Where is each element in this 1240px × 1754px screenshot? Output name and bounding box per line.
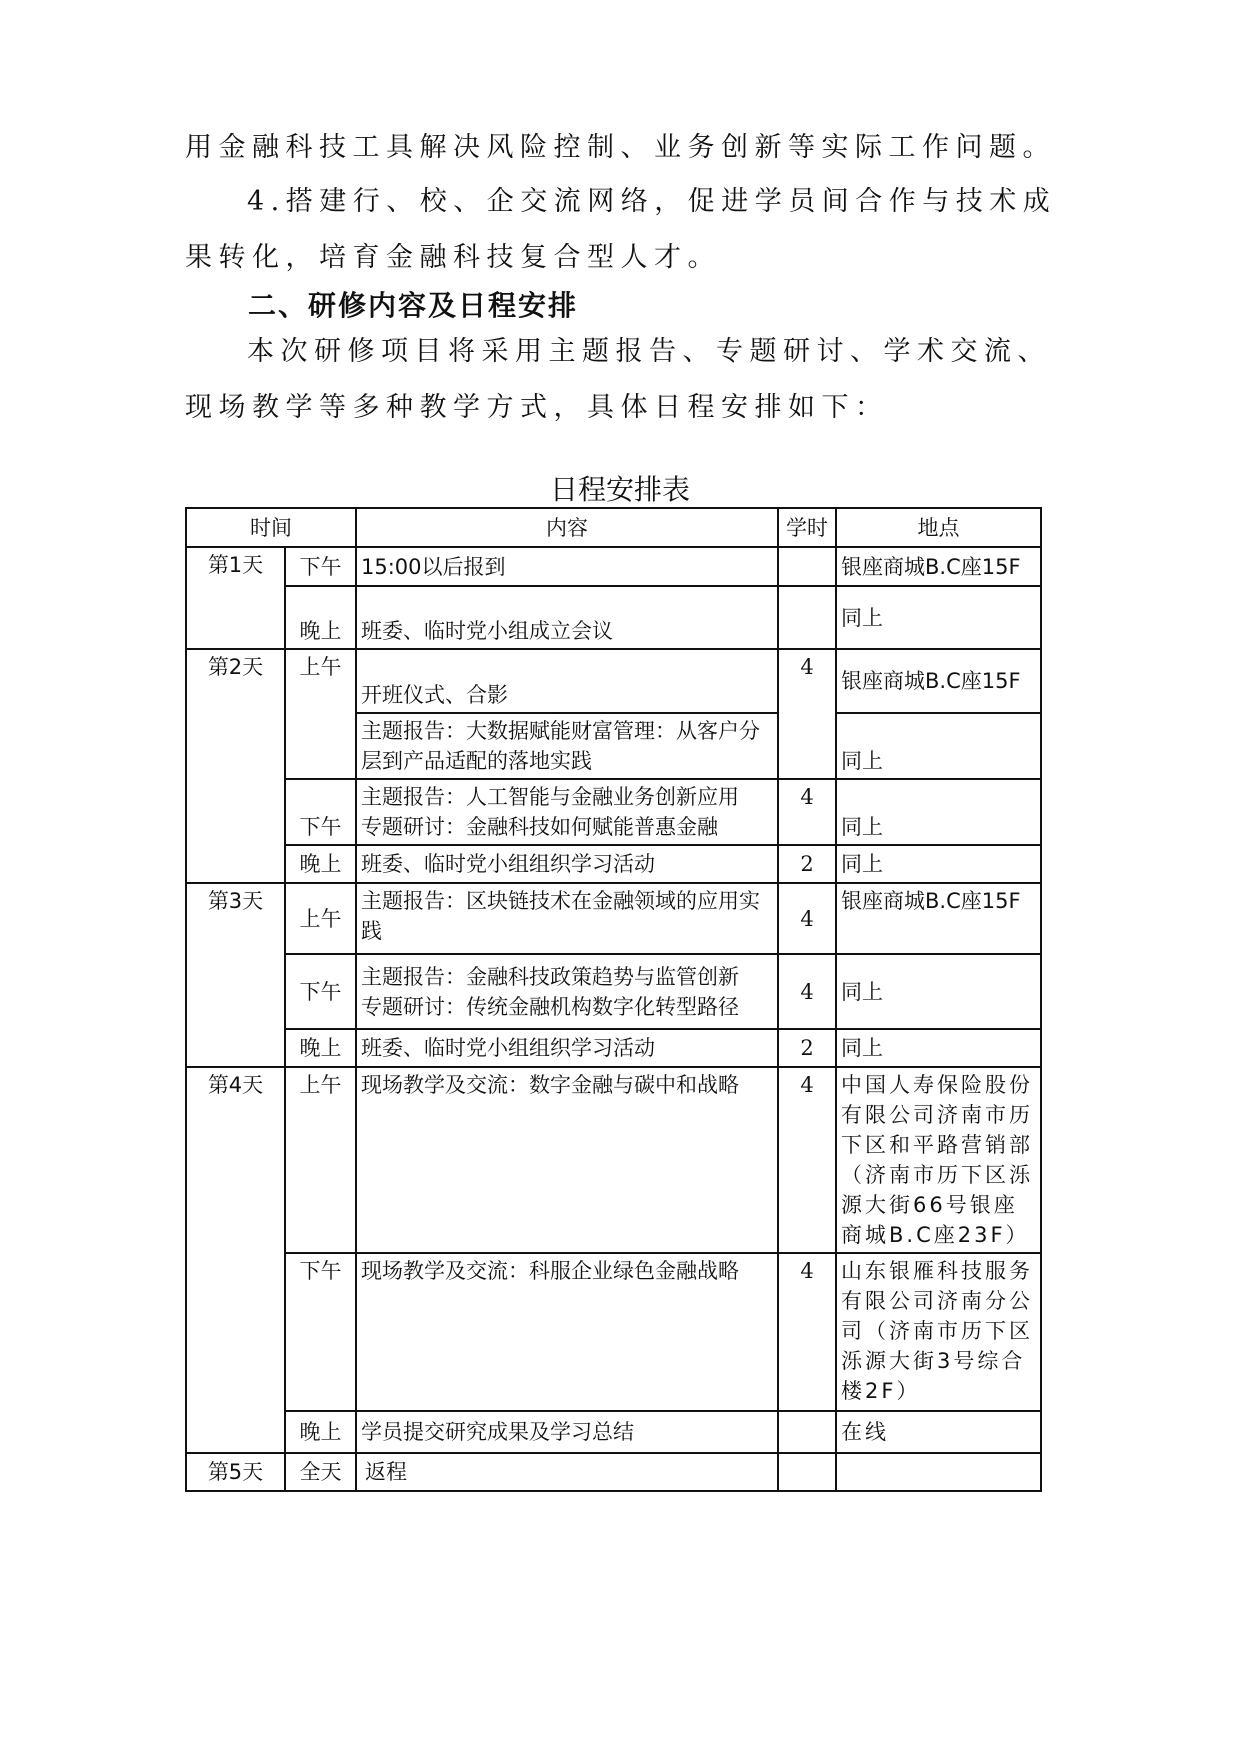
- time-slot: 下午: [285, 954, 356, 1029]
- location-cell: 银座商城B.C座15F: [836, 883, 1041, 954]
- location-cell: 同上: [836, 779, 1041, 845]
- table-row: 晚上 班委、临时党小组组织学习活动 2 同上: [186, 1029, 1041, 1067]
- header-location: 地点: [836, 508, 1041, 547]
- content-line-1: 主题报告：金融科技政策趋势与监管创新: [361, 962, 773, 992]
- location-cell: 同上: [836, 845, 1041, 883]
- time-slot: 晚上: [285, 1029, 356, 1067]
- paragraph-objective-3-tail: 用金融科技工具解决风险控制、业务创新等实际工作问题。: [185, 120, 1065, 176]
- content-line-2: 专题研讨：传统金融机构数字化转型路径: [361, 992, 773, 1022]
- hours-cell: [778, 547, 836, 586]
- content-cell: 开班仪式、合影: [356, 649, 778, 713]
- hours-cell: 4: [778, 1067, 836, 1253]
- table-header-row: 时间 内容 学时 地点: [186, 508, 1041, 547]
- table-row: 第1天 下午 15:00以后报到 银座商城B.C座15F: [186, 547, 1041, 586]
- content-cell: 返程: [356, 1453, 778, 1491]
- header-time: 时间: [186, 508, 356, 547]
- location-cell: [836, 1453, 1041, 1491]
- day-label: 第1天: [186, 547, 285, 649]
- time-slot: 晚上: [285, 586, 356, 649]
- hours-cell: [778, 586, 836, 649]
- time-slot: 下午: [285, 547, 356, 586]
- header-content: 内容: [356, 508, 778, 547]
- content-cell: 学员提交研究成果及学习总结: [356, 1411, 778, 1453]
- location-cell: 同上: [836, 954, 1041, 1029]
- table-row: 第2天 上午 开班仪式、合影 4 银座商城B.C座15F: [186, 649, 1041, 713]
- hours-cell: 4: [778, 1253, 836, 1411]
- location-cell: 银座商城B.C座15F: [836, 547, 1041, 586]
- hours-cell: 4: [778, 954, 836, 1029]
- schedule-table: 时间 内容 学时 地点 第1天 下午 15:00以后报到 银座商城B.C座15F…: [185, 507, 1042, 1492]
- table-row: 第3天 上午 主题报告：区块链技术在金融领域的应用实践 4 银座商城B.C座15…: [186, 883, 1041, 954]
- location-cell: 同上: [836, 713, 1041, 779]
- section-heading: 二、研修内容及日程安排: [248, 284, 578, 324]
- table-row: 晚上 学员提交研究成果及学习总结 在线: [186, 1411, 1041, 1453]
- hours-cell: 2: [778, 845, 836, 883]
- time-slot: 上午: [285, 649, 356, 779]
- table-row: 下午 现场教学及交流：科服企业绿色金融战略 4 山东银雁科技服务有限公司济南分公…: [186, 1253, 1041, 1411]
- table-row: 晚上 班委、临时党小组成立会议 同上: [186, 586, 1041, 649]
- day-label: 第5天: [186, 1453, 285, 1491]
- table-row: 晚上 班委、临时党小组组织学习活动 2 同上: [186, 845, 1041, 883]
- header-hours: 学时: [778, 508, 836, 547]
- hours-cell: 4: [778, 779, 836, 845]
- location-cell: 在线: [836, 1411, 1041, 1453]
- content-line-2: 专题研讨：金融科技如何赋能普惠金融: [361, 812, 773, 842]
- content-cell: 现场教学及交流：科服企业绿色金融战略: [356, 1253, 778, 1411]
- content-cell: 主题报告：大数据赋能财富管理：从客户分层到产品适配的落地实践: [356, 713, 778, 779]
- content-cell: 班委、临时党小组组织学习活动: [356, 845, 778, 883]
- time-slot: 下午: [285, 1253, 356, 1411]
- hours-cell: [778, 1411, 836, 1453]
- hours-cell: [778, 1453, 836, 1491]
- day-label: 第4天: [186, 1067, 285, 1453]
- content-cell: 15:00以后报到: [356, 547, 778, 586]
- time-slot: 全天: [285, 1453, 356, 1491]
- hours-cell: 4: [778, 883, 836, 954]
- location-cell: 同上: [836, 586, 1041, 649]
- table-row: 第4天 上午 现场教学及交流：数字金融与碳中和战略 4 中国人寿保险股份有限公司…: [186, 1067, 1041, 1253]
- content-cell: 主题报告：区块链技术在金融领域的应用实践: [356, 883, 778, 954]
- time-slot: 晚上: [285, 845, 356, 883]
- content-cell: 班委、临时党小组成立会议: [356, 586, 778, 649]
- hours-cell: 4: [778, 649, 836, 779]
- time-slot: 下午: [285, 779, 356, 845]
- time-slot: 上午: [285, 1067, 356, 1253]
- paragraph-intro: 本次研修项目将采用主题报告、专题研讨、学术交流、现场教学等多种教学方式，具体日程…: [185, 324, 1065, 436]
- paragraph-objective-4: 4.搭建行、校、企交流网络，促进学员间合作与技术成果转化，培育金融科技复合型人才…: [185, 174, 1065, 286]
- time-slot: 上午: [285, 883, 356, 954]
- table-row: 下午 主题报告：金融科技政策趋势与监管创新 专题研讨：传统金融机构数字化转型路径…: [186, 954, 1041, 1029]
- location-cell: 同上: [836, 1029, 1041, 1067]
- time-slot: 晚上: [285, 1411, 356, 1453]
- location-cell: 银座商城B.C座15F: [836, 649, 1041, 713]
- day-label: 第2天: [186, 649, 285, 883]
- content-cell: 主题报告：人工智能与金融业务创新应用 专题研讨：金融科技如何赋能普惠金融: [356, 779, 778, 845]
- hours-cell: 2: [778, 1029, 836, 1067]
- content-cell: 主题报告：金融科技政策趋势与监管创新 专题研讨：传统金融机构数字化转型路径: [356, 954, 778, 1029]
- location-cell: 山东银雁科技服务有限公司济南分公司（济南市历下区泺源大街3号综合楼2F）: [836, 1253, 1041, 1411]
- content-cell: 现场教学及交流：数字金融与碳中和战略: [356, 1067, 778, 1253]
- table-row: 第5天 全天 返程: [186, 1453, 1041, 1491]
- location-cell: 中国人寿保险股份有限公司济南市历下区和平路营销部（济南市历下区泺源大街66号银座…: [836, 1067, 1041, 1253]
- table-row: 下午 主题报告：人工智能与金融业务创新应用 专题研讨：金融科技如何赋能普惠金融 …: [186, 779, 1041, 845]
- content-line-1: 主题报告：人工智能与金融业务创新应用: [361, 782, 773, 812]
- table-title: 日程安排表: [0, 468, 1240, 508]
- content-cell: 班委、临时党小组组织学习活动: [356, 1029, 778, 1067]
- day-label: 第3天: [186, 883, 285, 1067]
